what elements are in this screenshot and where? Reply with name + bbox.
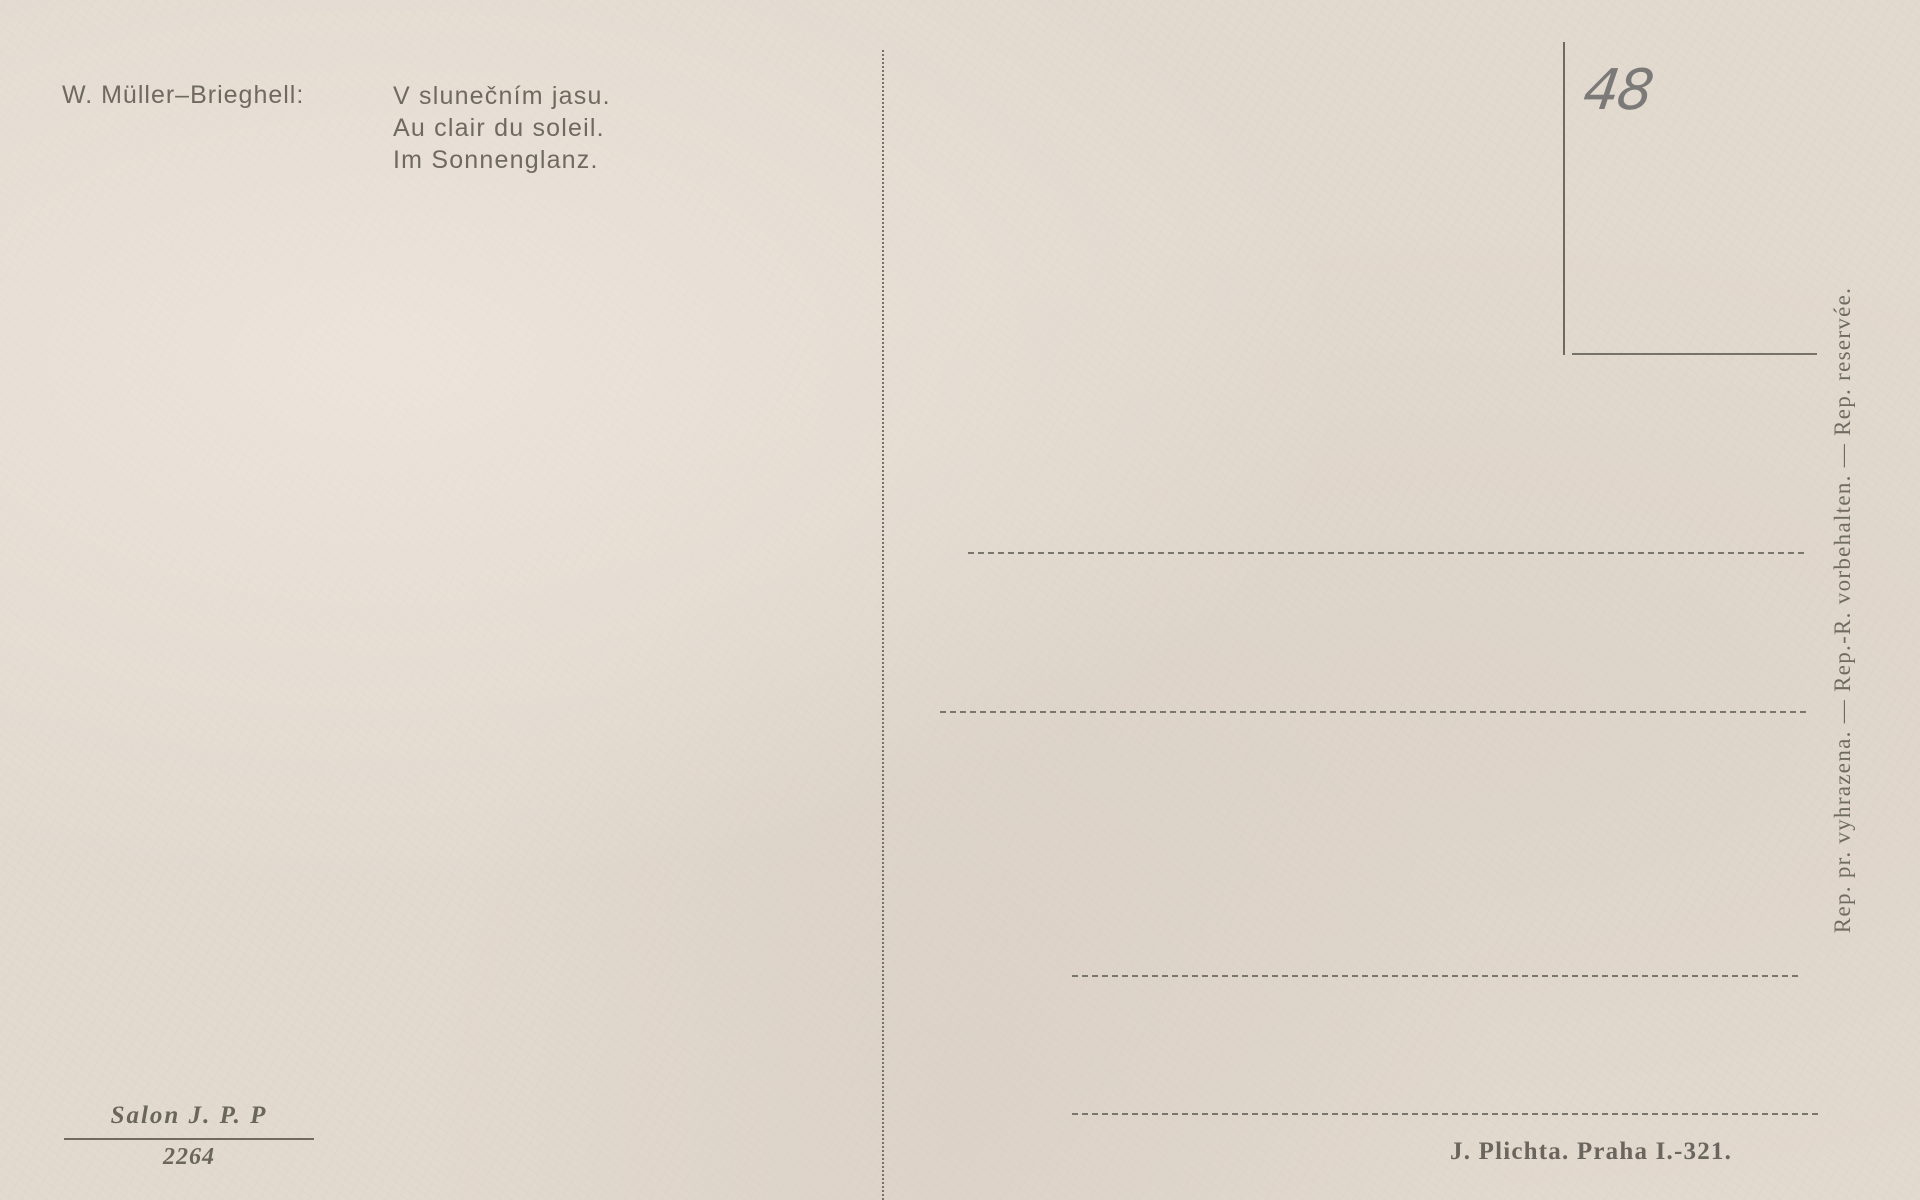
stamp-box-bottom-border — [1572, 353, 1817, 355]
title-czech: V slunečním jasu. — [393, 80, 611, 112]
artwork-titles: V slunečním jasu. Au clair du soleil. Im… — [393, 80, 611, 176]
publisher-mark: Salon J. P. P 2264 — [64, 1100, 314, 1172]
address-line-1 — [968, 552, 1804, 554]
catalog-number: 2264 — [64, 1142, 314, 1172]
address-line-4 — [1072, 1113, 1818, 1115]
printer-mark: J. Plichta. Praha I.-321. — [1450, 1138, 1732, 1166]
title-french: Au clair du soleil. — [393, 112, 611, 144]
address-line-2 — [940, 711, 1806, 713]
stamp-box-left-border — [1563, 42, 1565, 355]
center-divider — [882, 50, 884, 1200]
publisher-name: Salon J. P. P — [64, 1100, 314, 1132]
address-line-3 — [1072, 975, 1798, 977]
title-german: Im Sonnenglanz. — [393, 144, 611, 176]
handwritten-note: 48 — [1579, 58, 1655, 123]
rights-notice: Rep. pr. vyhrazena. — Rep.-R. vorbehalte… — [1830, 287, 1856, 933]
publisher-rule — [64, 1138, 314, 1140]
artist-name: W. Müller–Brieghell: — [62, 80, 304, 110]
